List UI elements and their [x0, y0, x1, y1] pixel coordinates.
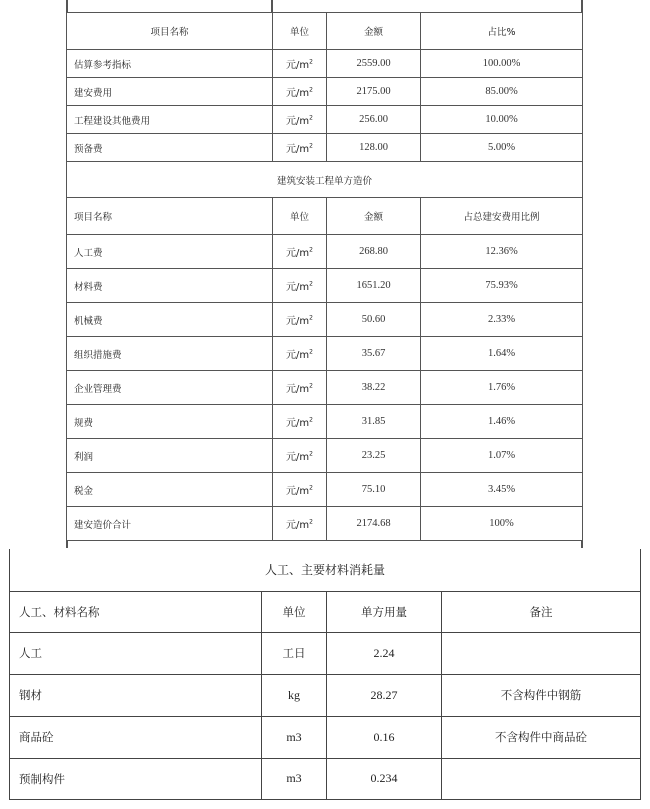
table-row: 商品砼 m3 0.16 不含构件中商品砼	[10, 716, 641, 758]
table-row: 规费 元/m2 31.85 1.46%	[67, 405, 583, 439]
unit-cell: 元/m2	[273, 371, 327, 405]
unit-cell: kg	[262, 674, 327, 716]
amount-cell: 2559.00	[327, 50, 421, 78]
unit-cell: 元/m2	[273, 50, 327, 78]
unit-cell: 元/m2	[273, 269, 327, 303]
ratio-cell: 100%	[421, 507, 583, 541]
unit-text: 元/m	[286, 316, 309, 327]
table-header-row: 项目名称 单位 金额 占比%	[67, 13, 583, 50]
amount-cell: 23.25	[327, 439, 421, 473]
unit-cell: m3	[262, 716, 327, 758]
material-name: 钢材	[10, 674, 262, 716]
table-row: 预制构件 m3 0.234	[10, 758, 641, 799]
unit-cell: m3	[262, 758, 327, 799]
unit-text: 元/m	[286, 60, 309, 71]
header-ratio: 占比%	[421, 13, 583, 50]
unit-superscript: 2	[309, 485, 313, 492]
unit-superscript: 2	[309, 383, 313, 390]
header-unit: 单位	[273, 198, 327, 235]
unit-text: 元/m	[286, 418, 309, 429]
item-name: 工程建设其他费用	[67, 106, 273, 134]
unit-superscript: 2	[309, 59, 313, 66]
unit-superscript: 2	[309, 451, 313, 458]
item-name: 规费	[67, 405, 273, 439]
material-name: 人工	[10, 632, 262, 674]
unit-cell: 元/m2	[273, 303, 327, 337]
header-note: 备注	[442, 591, 641, 632]
item-name: 企业管理费	[67, 371, 273, 405]
unit-superscript: 2	[309, 349, 313, 356]
ratio-cell: 1.64%	[421, 337, 583, 371]
material-name: 商品砼	[10, 716, 262, 758]
table-row: 估算参考指标 元/m2 2559.00 100.00%	[67, 50, 583, 78]
unit-superscript: 2	[309, 143, 313, 150]
note-cell: 不含构件中商品砼	[442, 716, 641, 758]
ratio-cell: 12.36%	[421, 235, 583, 269]
unit-superscript: 2	[309, 87, 313, 94]
table-row: 税金 元/m2 75.10 3.45%	[67, 473, 583, 507]
unit-text: 元/m	[286, 384, 309, 395]
item-name: 组织措施费	[67, 337, 273, 371]
item-name: 预备费	[67, 134, 273, 162]
table-row: 预备费 元/m2 128.00 5.00%	[67, 134, 583, 162]
ratio-cell: 1.07%	[421, 439, 583, 473]
unit-cell: 元/m2	[273, 337, 327, 371]
unit-superscript: 2	[309, 115, 313, 122]
table-row: 工程建设其他费用 元/m2 256.00 10.00%	[67, 106, 583, 134]
ratio-cell: 1.46%	[421, 405, 583, 439]
amount-cell: 35.67	[327, 337, 421, 371]
table-row: 利润 元/m2 23.25 1.07%	[67, 439, 583, 473]
header-quantity: 单方用量	[327, 591, 442, 632]
section-title: 建筑安装工程单方造价	[67, 162, 583, 198]
amount-cell: 128.00	[327, 134, 421, 162]
material-name: 预制构件	[10, 758, 262, 799]
table-row: 企业管理费 元/m2 38.22 1.76%	[67, 371, 583, 405]
item-name: 税金	[67, 473, 273, 507]
amount-cell: 1651.20	[327, 269, 421, 303]
table-row-total: 建安造价合计 元/m2 2174.68 100%	[67, 507, 583, 541]
unit-text: 元/m	[286, 452, 309, 463]
unit-cell: 元/m2	[273, 235, 327, 269]
unit-text: 元/m	[286, 88, 309, 99]
unit-superscript: 2	[309, 519, 313, 526]
quantity-cell: 0.16	[327, 716, 442, 758]
unit-text: 元/m	[286, 486, 309, 497]
unit-cell: 元/m2	[273, 473, 327, 507]
unit-text: 元/m	[286, 248, 309, 259]
ratio-cell: 1.76%	[421, 371, 583, 405]
amount-cell: 256.00	[327, 106, 421, 134]
table-title: 人工、主要材料消耗量	[10, 549, 641, 591]
amount-cell: 268.80	[327, 235, 421, 269]
amount-cell: 50.60	[327, 303, 421, 337]
unit-text: 元/m	[286, 116, 309, 127]
item-name: 估算参考指标	[67, 50, 273, 78]
note-cell: 不含构件中钢筋	[442, 674, 641, 716]
ratio-cell: 2.33%	[421, 303, 583, 337]
unit-superscript: 2	[309, 281, 313, 288]
unit-cell: 元/m2	[273, 78, 327, 106]
ratio-cell: 75.93%	[421, 269, 583, 303]
unit-superscript: 2	[309, 417, 313, 424]
header-unit: 单位	[262, 591, 327, 632]
table-border-stub	[66, 540, 68, 548]
item-name: 建安造价合计	[67, 507, 273, 541]
header-amount: 金额	[327, 198, 421, 235]
header-amount: 金额	[327, 13, 421, 50]
item-name: 材料费	[67, 269, 273, 303]
ratio-cell: 85.00%	[421, 78, 583, 106]
table-header-row: 人工、材料名称 单位 单方用量 备注	[10, 591, 641, 632]
unit-text: 元/m	[286, 350, 309, 361]
consumption-table: 人工、主要材料消耗量 人工、材料名称 单位 单方用量 备注 人工 工日 2.24…	[9, 549, 641, 800]
header-item-name: 项目名称	[67, 198, 273, 235]
unit-superscript: 2	[309, 315, 313, 322]
amount-cell: 38.22	[327, 371, 421, 405]
item-name: 机械费	[67, 303, 273, 337]
table-row: 组织措施费 元/m2 35.67 1.64%	[67, 337, 583, 371]
unit-cell: 元/m2	[273, 439, 327, 473]
ratio-cell: 5.00%	[421, 134, 583, 162]
header-material-name: 人工、材料名称	[10, 591, 262, 632]
note-cell	[442, 758, 641, 799]
note-cell	[442, 632, 641, 674]
table-row: 人工费 元/m2 268.80 12.36%	[67, 235, 583, 269]
quantity-cell: 2.24	[327, 632, 442, 674]
unit-cell: 工日	[262, 632, 327, 674]
table-header-row: 项目名称 单位 金额 占总建安费用比例	[67, 198, 583, 235]
quantity-cell: 28.27	[327, 674, 442, 716]
item-name: 利润	[67, 439, 273, 473]
ratio-cell: 100.00%	[421, 50, 583, 78]
item-name: 人工费	[67, 235, 273, 269]
unit-cell: 元/m2	[273, 106, 327, 134]
amount-cell: 75.10	[327, 473, 421, 507]
table-row: 建安费用 元/m2 2175.00 85.00%	[67, 78, 583, 106]
cost-estimate-table: 项目名称 单位 金额 占比% 估算参考指标 元/m2 2559.00 100.0…	[66, 12, 583, 541]
table-row: 钢材 kg 28.27 不含构件中钢筋	[10, 674, 641, 716]
quantity-cell: 0.234	[327, 758, 442, 799]
table-row: 材料费 元/m2 1651.20 75.93%	[67, 269, 583, 303]
unit-text: 元/m	[286, 144, 309, 155]
header-unit: 单位	[273, 13, 327, 50]
amount-cell: 2175.00	[327, 78, 421, 106]
unit-text: 元/m	[286, 520, 309, 531]
ratio-cell: 10.00%	[421, 106, 583, 134]
unit-text: 元/m	[286, 282, 309, 293]
item-name: 建安费用	[67, 78, 273, 106]
unit-cell: 元/m2	[273, 405, 327, 439]
amount-cell: 31.85	[327, 405, 421, 439]
unit-cell: 元/m2	[273, 507, 327, 541]
unit-cell: 元/m2	[273, 134, 327, 162]
section-title-row: 建筑安装工程单方造价	[67, 162, 583, 198]
ratio-cell: 3.45%	[421, 473, 583, 507]
header-ratio: 占总建安费用比例	[421, 198, 583, 235]
table-title-row: 人工、主要材料消耗量	[10, 549, 641, 591]
unit-superscript: 2	[309, 247, 313, 254]
table-row: 人工 工日 2.24	[10, 632, 641, 674]
header-item-name: 项目名称	[67, 13, 273, 50]
table-row: 机械费 元/m2 50.60 2.33%	[67, 303, 583, 337]
table-border-stub	[581, 540, 583, 548]
amount-cell: 2174.68	[327, 507, 421, 541]
